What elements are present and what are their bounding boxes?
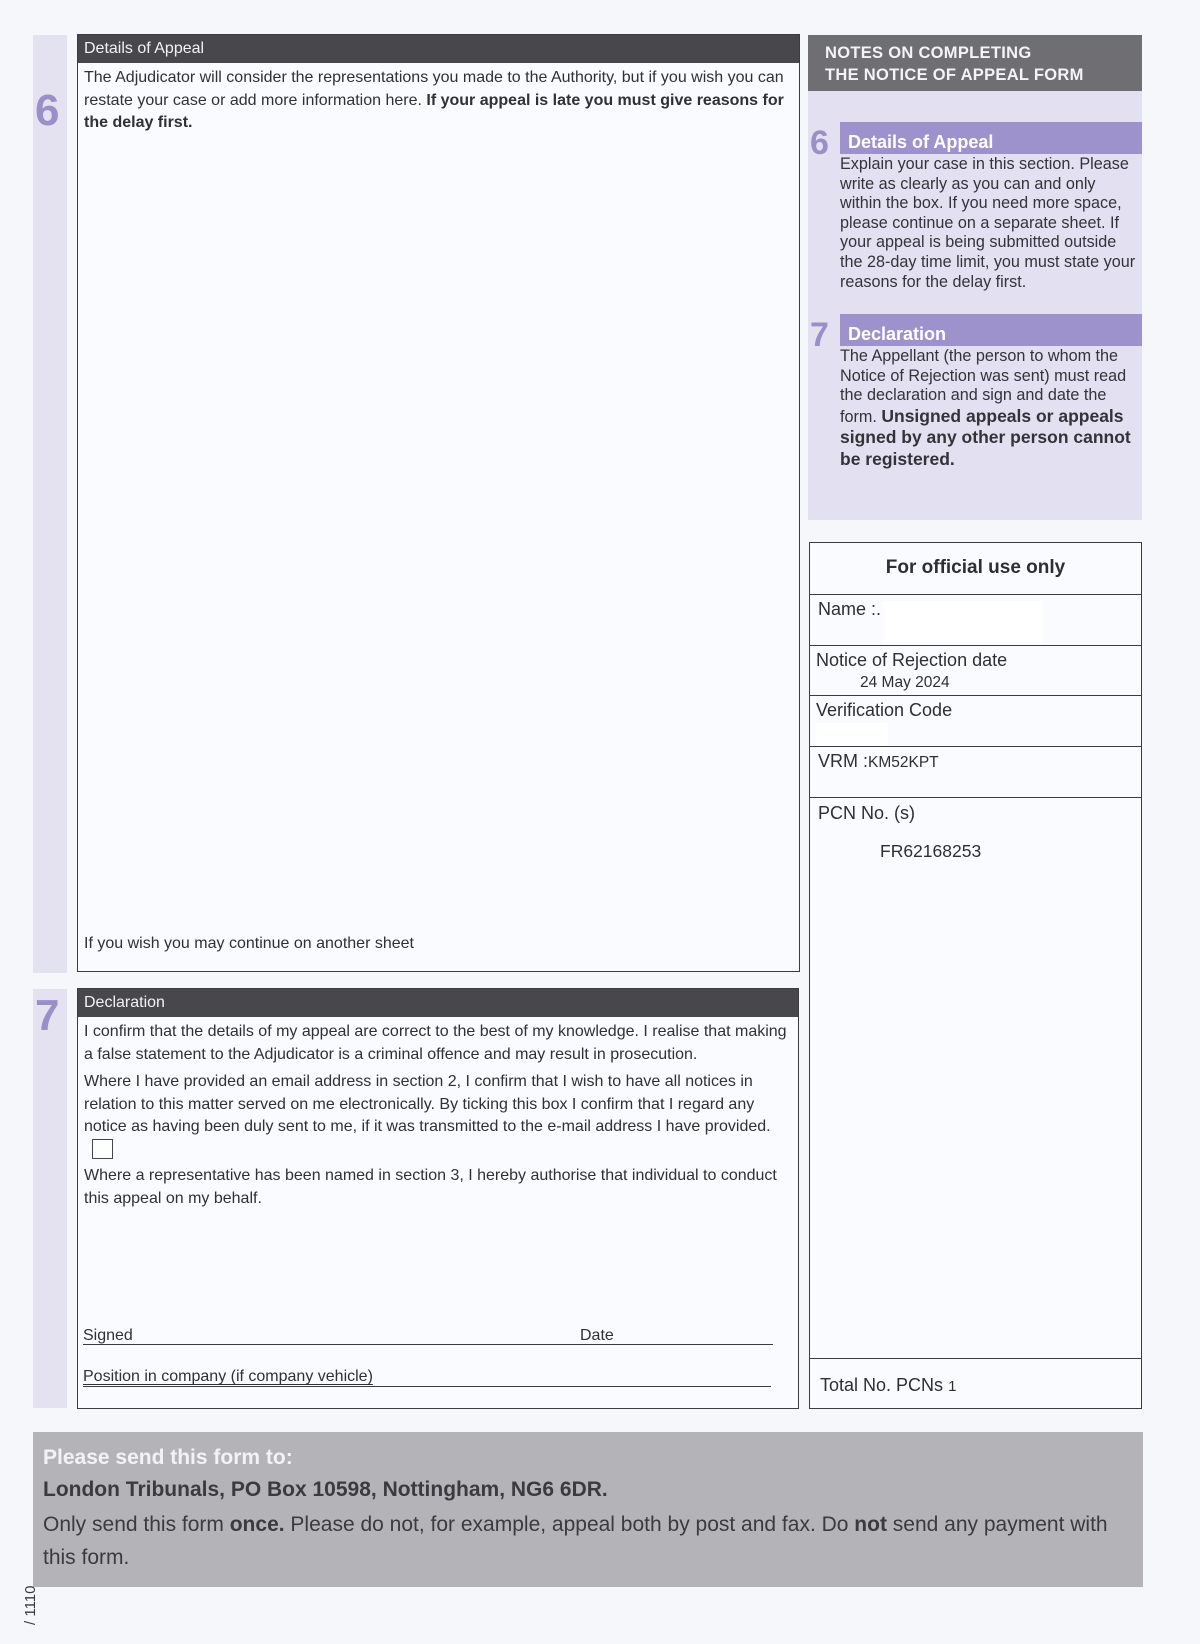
total-pcns-text: Total No. PCNs	[820, 1375, 943, 1395]
notes-7-heading: Declaration	[840, 314, 1142, 346]
pcn-value: FR62168253	[880, 841, 981, 862]
note-part-2: Please do not, for example, appeal both …	[285, 1513, 855, 1536]
note-part-1: Only send this form	[43, 1513, 230, 1536]
date-label: Date	[580, 1325, 614, 1348]
rejection-date-value: 24 May 2024	[860, 674, 950, 692]
notes-title-line-2: THE NOTICE OF APPEAL FORM	[825, 64, 1125, 86]
notes-7-number: 7	[810, 318, 829, 352]
total-pcns-value: 1	[948, 1378, 956, 1395]
position-field[interactable]	[83, 1386, 771, 1387]
details-of-appeal-intro: The Adjudicator will consider the repres…	[78, 63, 799, 135]
vrm-value: KM52KPT	[868, 754, 939, 771]
declaration-text: I confirm that the details of my appeal …	[78, 1017, 798, 1210]
notes-7-text: The Appellant (the person to whom the No…	[840, 347, 1140, 471]
notes-title: NOTES ON COMPLETING THE NOTICE OF APPEAL…	[808, 35, 1142, 91]
verification-code-value	[816, 723, 888, 745]
email-consent-checkbox[interactable]	[92, 1139, 113, 1159]
declaration-para-3: Where a representative has been named in…	[84, 1165, 792, 1210]
details-of-appeal-box: Details of Appeal The Adjudicator will c…	[77, 34, 800, 972]
name-value	[883, 601, 1043, 643]
section-7-side-strip	[33, 989, 67, 1408]
appeal-details-input[interactable]	[84, 137, 789, 957]
vrm-label: VRM :KM52KPT	[818, 751, 939, 772]
declaration-box: Declaration I confirm that the details o…	[77, 988, 799, 1409]
send-to-panel: Please send this form to: London Tribuna…	[33, 1432, 1143, 1587]
continue-note: If you wish you may continue on another …	[84, 933, 414, 956]
send-once-note: Only send this form once. Please do not,…	[43, 1508, 1133, 1574]
official-row-divider	[810, 746, 1141, 747]
email-consent-text: Where I have provided an email address i…	[84, 1073, 771, 1135]
declaration-header: Declaration	[78, 989, 798, 1017]
notes-title-line-1: NOTES ON COMPLETING	[825, 42, 1125, 64]
note-bold-1: once.	[230, 1513, 285, 1536]
declaration-para-1: I confirm that the details of my appeal …	[84, 1021, 792, 1066]
official-row-divider	[810, 1358, 1141, 1359]
pcn-label: PCN No. (s)	[818, 803, 915, 824]
details-of-appeal-header: Details of Appeal	[78, 35, 799, 63]
official-row-divider	[810, 645, 1141, 646]
notes-6-heading: Details of Appeal	[840, 122, 1142, 154]
section-6-side-strip	[33, 35, 67, 973]
total-pcns-label: Total No. PCNs 1	[820, 1375, 956, 1396]
note-bold-2: not	[854, 1513, 887, 1536]
notes-7-bold: Unsigned appeals or appeals signed by an…	[840, 406, 1131, 469]
rejection-date-label: Notice of Rejection date	[816, 650, 1007, 671]
official-row-divider	[810, 797, 1141, 798]
signed-field[interactable]	[83, 1344, 773, 1345]
send-to-address: London Tribunals, PO Box 10598, Nottingh…	[43, 1478, 1133, 1502]
form-reference-code: / 1110	[22, 1586, 39, 1625]
declaration-para-2: Where I have provided an email address i…	[84, 1071, 792, 1161]
send-to-label: Please send this form to:	[43, 1446, 1133, 1470]
official-use-title: For official use only	[810, 557, 1141, 579]
name-label: Name :.	[818, 599, 881, 620]
official-row-divider	[810, 695, 1141, 696]
official-row-divider	[810, 594, 1141, 595]
section-6-number: 6	[35, 89, 59, 133]
section-7-number: 7	[35, 994, 59, 1038]
notes-6-number: 6	[810, 126, 829, 160]
verification-code-label: Verification Code	[816, 700, 952, 721]
vrm-label-text: VRM :	[818, 751, 868, 771]
official-use-box: For official use only Name :. Notice of …	[809, 542, 1142, 1409]
notes-6-text: Explain your case in this section. Pleas…	[840, 155, 1140, 292]
